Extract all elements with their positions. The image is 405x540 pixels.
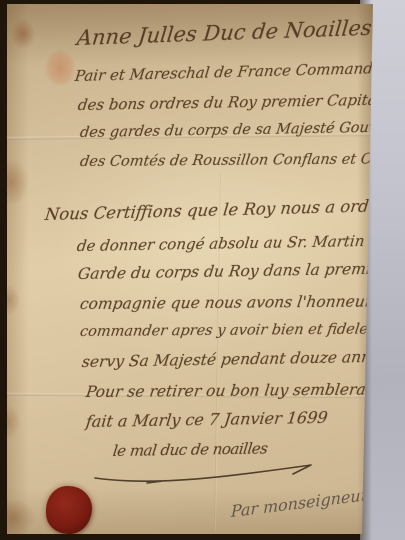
wax-seal bbox=[46, 486, 92, 534]
manuscript-body-line: servy Sa Majesté pendant douze années bbox=[81, 347, 399, 371]
manuscript-page: Anne Julles Duc de Noailles Pair et Mare… bbox=[7, 4, 373, 534]
manuscript-body-line: Nous Certiffions que le Roy nous a ordon… bbox=[44, 195, 405, 224]
manuscript-body-line: Pour se retirer ou bon luy semblera bbox=[85, 381, 367, 401]
signature: le mal duc de noailles bbox=[112, 439, 269, 460]
manuscript-heading-line: Pair et Mareschal de France Commandeur bbox=[74, 58, 400, 85]
manuscript-body-line: compagnie que nous avons l'honneur de bbox=[79, 292, 398, 313]
date-line: fait a Marly ce 7 Janvier 1699 bbox=[85, 408, 329, 431]
manuscript-photo: Anne Julles Duc de Noailles Pair et Mare… bbox=[0, 0, 405, 540]
manuscript-heading-line: des Comtés de Roussillon Conflans et Cer… bbox=[79, 151, 405, 170]
manuscript-heading-line: des bons ordres du Roy premier Capitaine bbox=[77, 90, 401, 114]
bottom-annotation: Par monseigneur bbox=[231, 485, 369, 521]
manuscript-heading-line: des gardes du corps de sa Majesté Gouver… bbox=[79, 119, 405, 141]
manuscript-body-line: Garde du corps du Roy dans la premiere bbox=[77, 259, 398, 283]
manuscript-heading-line: Anne Julles Duc de Noailles bbox=[76, 16, 373, 50]
manuscript-body-line: commander apres y avoir bien et fideleme… bbox=[79, 321, 405, 340]
manuscript-body-line: de donner congé absolu au Sr. Martin — bbox=[76, 232, 385, 255]
signature-flourish bbox=[89, 460, 324, 488]
